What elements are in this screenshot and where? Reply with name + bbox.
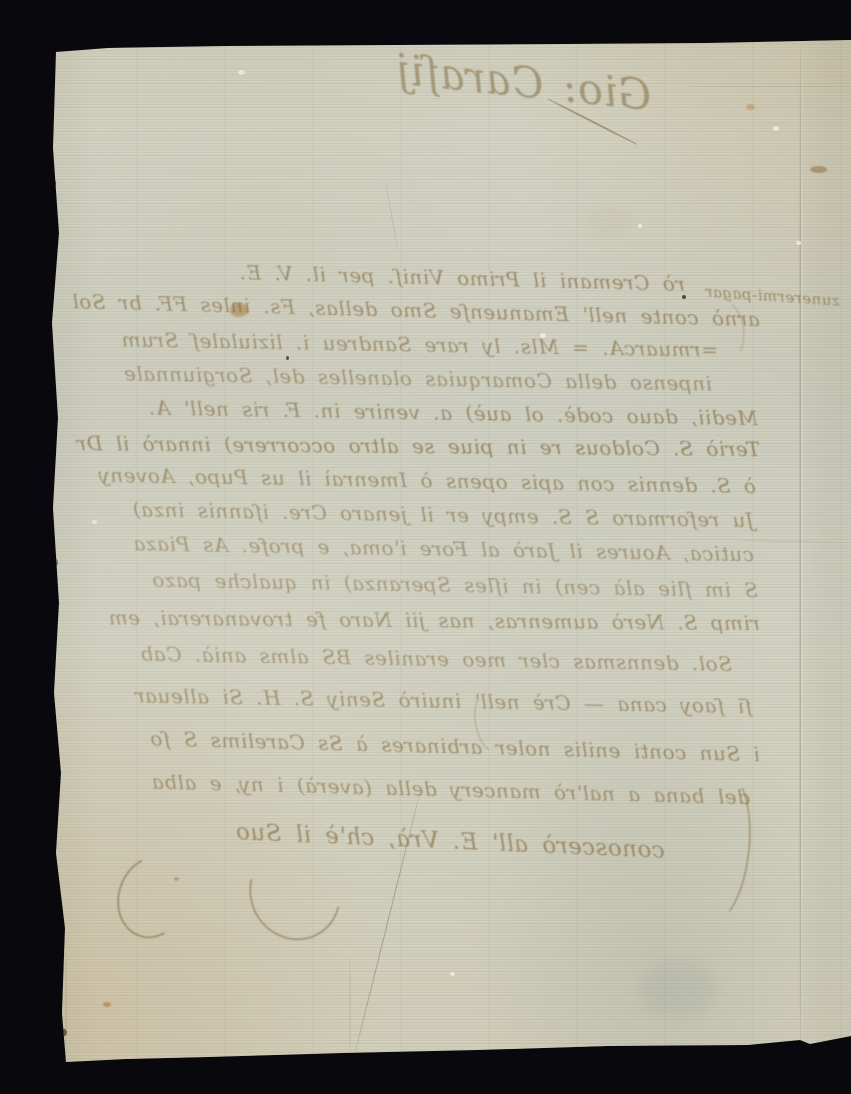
handwritten-line: ſi ſaoy cana — Crè nell' inuirò Seniy S.…	[52, 684, 752, 716]
handwritten-line: arnò conte nell' Emanuenſe Smo dellas, F…	[60, 291, 760, 329]
stain	[50, 178, 56, 189]
handwritten-line: cutica, Aoures il Jarò al Fore i'oma, e …	[50, 532, 754, 564]
manuscript-page: Gio: Caraſijrò Cremani il Primo Viniſ. p…	[48, 38, 851, 1062]
closing-line: conoscerò all' E. Vrà, ch'è il Suo	[120, 816, 665, 863]
photograph-background: Gio: Caraſijrò Cremani il Primo Viniſ. p…	[0, 0, 851, 1094]
handwritten-line: Teriò S. Coldous re in piue se altro occ…	[52, 433, 760, 459]
handwritten-line: S im ſlie alà cen) in iſles Speranza) in…	[52, 568, 758, 600]
handwritten-line: =rmuarcA. = Mls. ly rare Sandreu i. lizi…	[58, 328, 718, 360]
manuscript-lines: Gio: Caraſijrò Cremani il Primo Viniſ. p…	[48, 38, 851, 1062]
handwritten-line: del bana a nal'rò mancery della (averà) …	[50, 769, 750, 807]
handwritten-line: Sol. dennsmas cler meo eraniles BS alms …	[52, 642, 732, 674]
handwritten-line: Medii, dauo codè. ol auè) a. venire in. …	[52, 396, 758, 428]
handwritten-line: inpenso della Comarquias olanelles del, …	[72, 362, 712, 393]
handwritten-line: Ju reformaro S S. empy er il jenaro Cre.…	[50, 498, 754, 530]
signature-flourish: Gio: Caraſij	[321, 41, 654, 117]
stain	[48, 298, 53, 307]
handwritten-line: rimp S. Nerò aumenras, nas jii Naro fe t…	[50, 607, 760, 633]
handwritten-line: ò S. dennis con apis opens ò Imenraì il …	[52, 464, 756, 496]
handwritten-line: rò Cremani il Primo Viniſ. per il. V. E.	[85, 258, 685, 294]
handwritten-line: i Sun conti enilis noler arbinares à Ss …	[50, 726, 760, 765]
